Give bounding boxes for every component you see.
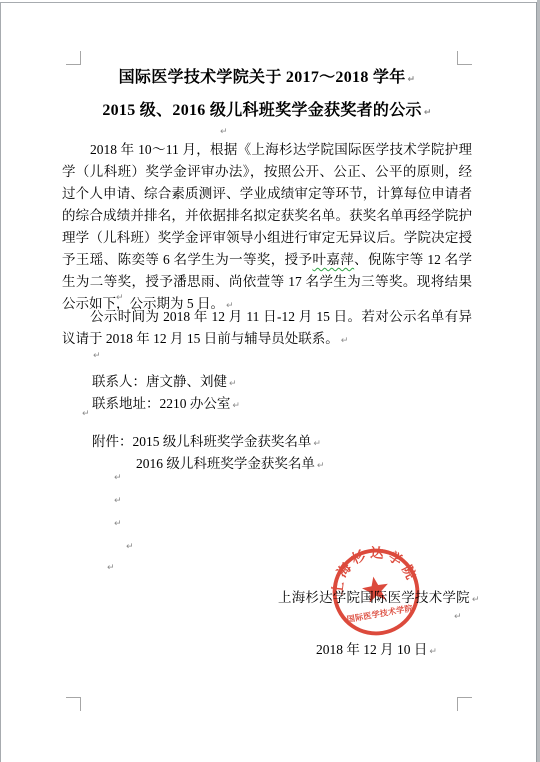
attachment-text: 附件：2015 级儿科班奖学金获奖名单	[92, 434, 311, 449]
signature-org-text: 上海杉达学院国际医学技术学院	[278, 590, 470, 605]
empty-paragraph-mark: ↵	[116, 293, 124, 303]
doc-title-line-1: 国际医学技术学院关于 2017～2018 学年↵	[62, 64, 472, 87]
spellcheck-underlined-name: 叶嘉萍	[312, 252, 354, 267]
contact-address-text: 联系地址：2210 办公室	[92, 396, 230, 411]
attachment-text: 2016 级儿科班奖学金获奖名单	[136, 456, 315, 471]
signature-date-line: 2018 年 12 月 10 日↵	[316, 638, 437, 658]
title-text: 2015 级、2016 级儿科班奖学金获奖者的公示	[102, 102, 422, 119]
paragraph-text: 公示时间为 2018 年 12 月 11 日-12 月 15 日。若对公示名单有…	[62, 309, 472, 346]
paragraph-mark: ↵	[472, 595, 480, 605]
empty-paragraph-mark: ↵	[107, 563, 115, 573]
empty-paragraph-mark: ↵	[114, 496, 122, 506]
contact-person-text: 联系人：唐文静、刘健	[92, 374, 227, 389]
empty-paragraph-mark: ↵	[454, 612, 462, 622]
paragraph-mark: ↵	[341, 336, 349, 346]
empty-paragraph-mark: ↵	[93, 351, 101, 361]
empty-paragraph-mark: ↵	[114, 519, 122, 529]
empty-paragraph-mark: ↵	[114, 473, 122, 483]
empty-paragraph-mark: ↵	[220, 127, 228, 137]
document-content: 国际医学技术学院关于 2017～2018 学年↵ 2015 级、2016 级儿科…	[62, 0, 472, 762]
document-page: 国际医学技术学院关于 2017～2018 学年↵ 2015 级、2016 级儿科…	[0, 0, 540, 762]
paragraph-mark: ↵	[429, 647, 437, 657]
contact-person-line: 联系人：唐文静、刘健↵	[92, 370, 237, 390]
signature-date-text: 2018 年 12 月 10 日	[316, 642, 427, 657]
empty-paragraph-mark: ↵	[82, 409, 90, 419]
contact-address-line: 联系地址：2210 办公室↵	[92, 392, 240, 412]
doc-title-line-2: 2015 级、2016 级儿科班奖学金获奖者的公示↵	[62, 97, 472, 120]
body-paragraph-1: 2018 年 10～11 月，根据《上海杉达学院国际医学技术学院护理学（儿科班）…	[62, 139, 472, 317]
paragraph-mark: ↵	[424, 108, 432, 118]
signature-org-line: 上海杉达学院国际医学技术学院↵	[278, 586, 480, 606]
paragraph-mark: ↵	[232, 401, 240, 411]
title-text: 国际医学技术学院关于 2017～2018 学年	[119, 69, 406, 86]
paragraph-text: 2018 年 10～11 月，根据《上海杉达学院国际医学技术学院护理学（儿科班）…	[62, 142, 472, 267]
paragraph-mark: ↵	[313, 439, 321, 449]
body-paragraph-2: 公示时间为 2018 年 12 月 11 日-12 月 15 日。若对公示名单有…	[62, 306, 472, 352]
paragraph-mark: ↵	[317, 461, 325, 471]
paragraph-mark: ↵	[229, 379, 237, 389]
empty-paragraph-mark: ↵	[126, 542, 134, 552]
attachment-line-2: 2016 级儿科班奖学金获奖名单↵	[136, 452, 324, 472]
attachment-line-1: 附件：2015 级儿科班奖学金获奖名单↵	[92, 430, 321, 450]
paragraph-mark: ↵	[408, 75, 416, 85]
page-edge-left	[0, 2, 1, 762]
